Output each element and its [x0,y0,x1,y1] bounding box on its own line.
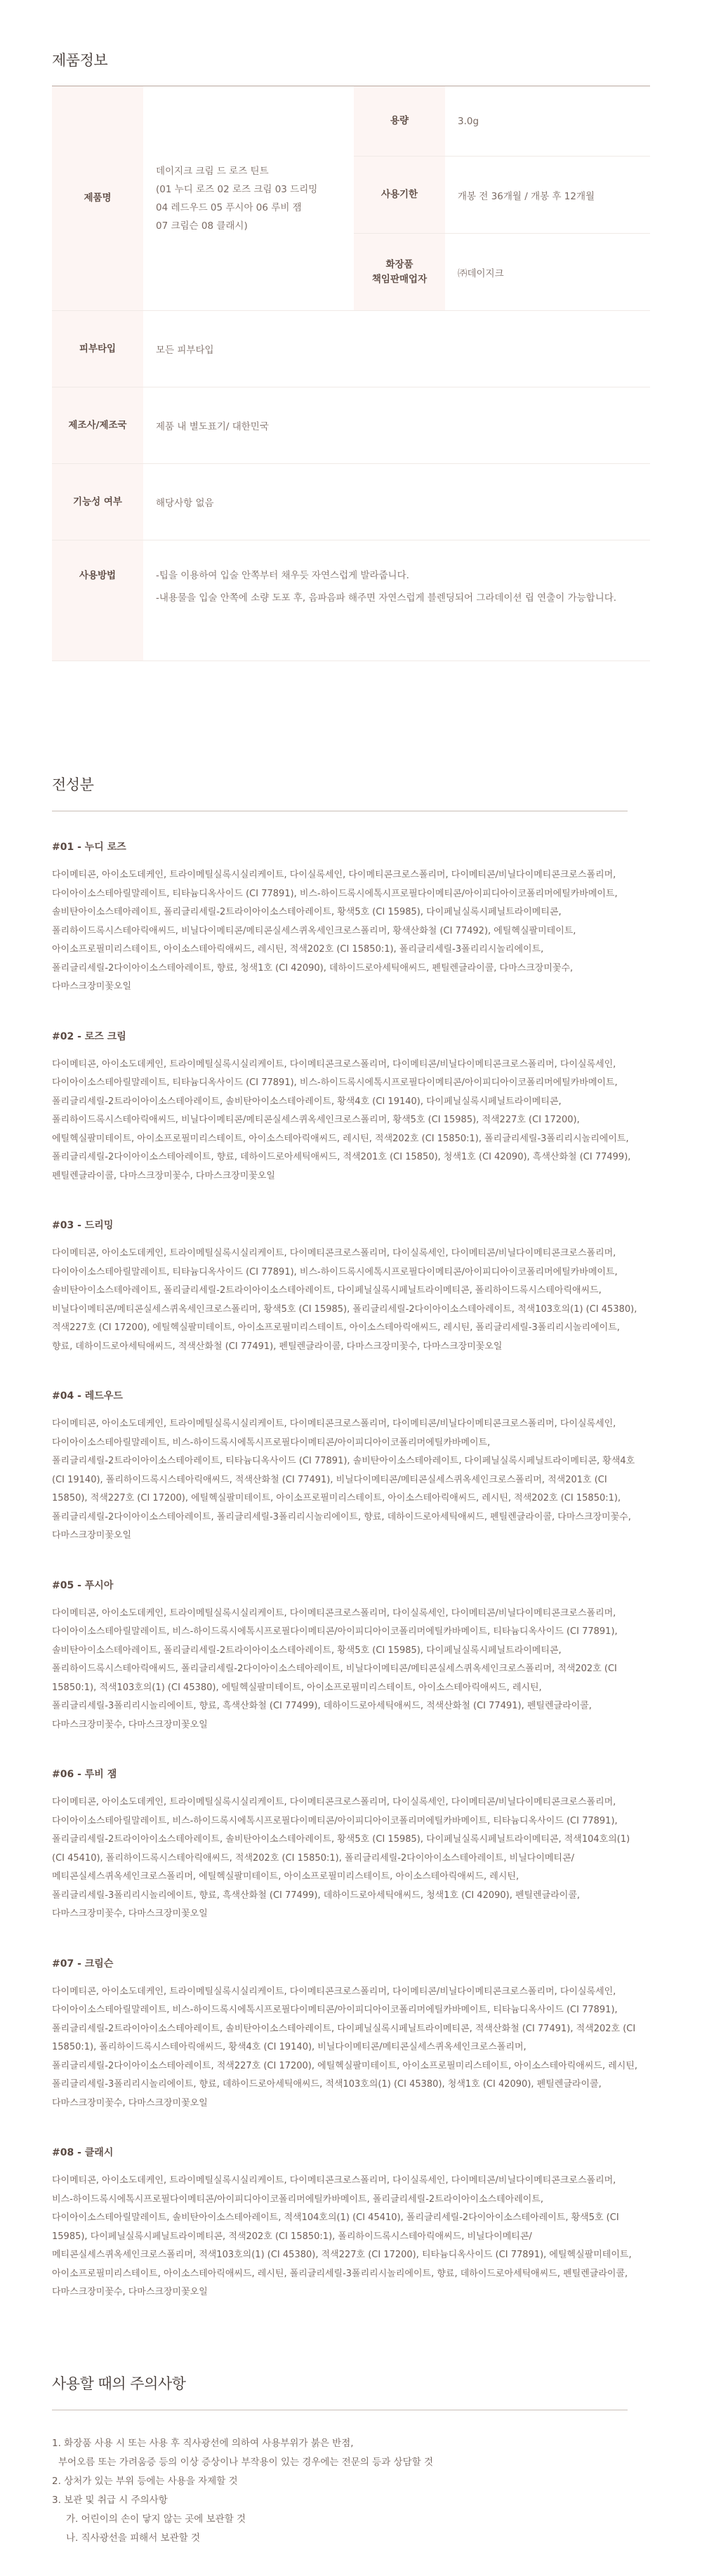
shade-ingredients: 다이메티콘, 아이소도데케인, 트라이메틸실록시실리케이트, 다이메티콘크로스폴… [52,1793,639,1924]
product-info-section: 제품정보 제품명 데이지크 크림 드 로즈 틴트 (01 누디 로즈 02 로즈… [0,0,702,661]
shade-ingredients: 다이메티콘, 아이소도데케인, 트라이메틸실록시실리케이트, 다이메티콘크로스폴… [52,1605,639,1735]
shade-title: #02 - 로즈 크림 [52,1029,639,1043]
product-info-table: 제품명 데이지크 크림 드 로즈 틴트 (01 누디 로즈 02 로즈 크림 0… [52,86,650,661]
caution-subitem: 가. 어린이의 손이 닿지 않는 곳에 보관할 것 [52,2510,639,2529]
usage-label: 사용방법 [52,540,143,661]
shade-title: #08 - 클래시 [52,2145,639,2159]
shade-list: #01 - 누디 로즈 다이메티콘, 아이소도데케인, 트라이메틸실록시실리케이… [52,839,639,2302]
caution-item: 2. 상처가 있는 부위 등에는 사용을 자제할 것 [52,2472,639,2491]
product-name-line: (01 누디 로즈 02 로즈 크림 03 드리밍 [156,180,341,199]
shade-ingredients: 다이메티콘, 아이소도데케인, 트라이메틸실록시실리케이트, 다이메티콘크로스폴… [52,1415,639,1546]
section-divider [52,2410,628,2410]
volume-label: 용량 [354,86,445,157]
usage-value: -팁을 이용하여 입술 안쪽부터 채우듯 자연스럽게 발라줍니다. -내용물을 … [143,540,650,661]
functional-value: 해당사항 없음 [143,464,650,540]
skin-type-value: 모든 피부타입 [143,311,650,387]
skin-type-label: 피부타입 [52,311,143,387]
shade-item: #07 - 크림슨 다이메티콘, 아이소도데케인, 트라이메틸실록시실리케이트,… [52,1956,639,2113]
ingredients-title: 전성분 [52,774,639,795]
shade-title: #06 - 루비 잼 [52,1767,639,1781]
caution-item: 1. 화장품 사용 시 또는 사용 후 직사광선에 의하여 사용부위가 붉은 반… [52,2434,639,2453]
seller-value: ㈜데이지크 [445,234,650,311]
section-divider [52,811,628,811]
product-name-value: 데이지크 크림 드 로즈 틴트 (01 누디 로즈 02 로즈 크림 03 드리… [143,86,354,311]
seller-label: 화장품 책임판매업자 [354,234,445,311]
manufacturer-label: 제조사/제조국 [52,387,143,464]
shade-ingredients: 다이메티콘, 아이소도데케인, 트라이메틸실록시실리케이트, 다이메티콘크로스폴… [52,1056,639,1186]
shade-item: #03 - 드리밍 다이메티콘, 아이소도데케인, 트라이메틸실록시실리케이트,… [52,1218,639,1356]
shade-title: #04 - 레드우드 [52,1388,639,1402]
shade-item: #08 - 클래시 다이메티콘, 아이소도데케인, 트라이메틸실록시실리케이트,… [52,2145,639,2302]
ingredients-section: 전성분 #01 - 누디 로즈 다이메티콘, 아이소도데케인, 트라이메틸실록시… [0,661,702,2302]
product-name-line: 데이지크 크림 드 로즈 틴트 [156,162,341,180]
shade-item: #01 - 누디 로즈 다이메티콘, 아이소도데케인, 트라이메틸실록시실리케이… [52,839,639,997]
product-info-title: 제품정보 [52,49,650,70]
volume-value: 3.0g [445,86,650,157]
shade-item: #02 - 로즈 크림 다이메티콘, 아이소도데케인, 트라이메틸실록시실리케이… [52,1029,639,1186]
seller-label-line: 책임판매업자 [355,272,444,287]
manufacturer-value: 제품 내 별도표기/ 대한민국 [143,387,650,464]
caution-list: 1. 화장품 사용 시 또는 사용 후 직사광선에 의하여 사용부위가 붉은 반… [52,2434,639,2548]
cautions-title: 사용할 때의 주의사항 [52,2372,639,2394]
usage-line: -팁을 이용하여 입술 안쪽부터 채우듯 자연스럽게 발라줍니다. [156,564,637,587]
expiry-value: 개봉 전 36개월 / 개봉 후 12개월 [445,157,650,234]
product-name-line: 07 크림슨 08 클래시) [156,217,341,235]
functional-label: 기능성 여부 [52,464,143,540]
product-name-label: 제품명 [52,86,143,311]
caution-item: 3. 보관 및 취급 시 주의사항 [52,2491,639,2510]
cautions-section: 사용할 때의 주의사항 1. 화장품 사용 시 또는 사용 후 직사광선에 의하… [0,2302,702,2548]
shade-ingredients: 다이메티콘, 아이소도데케인, 트라이메틸실록시실리케이트, 다이메티콘크로스폴… [52,2172,639,2302]
shade-ingredients: 다이메티콘, 아이소도데케인, 트라이메틸실록시실리케이트, 다이메티콘크로스폴… [52,1983,639,2113]
caution-item-continuation: 부어오름 또는 가려움증 등의 이상 증상이나 부작용이 있는 경우에는 전문의… [52,2453,639,2472]
caution-subitem: 나. 직사광선을 피해서 보관할 것 [52,2529,639,2548]
seller-label-line: 화장품 [355,258,444,272]
expiry-label: 사용기한 [354,157,445,234]
product-detail-page: 제품정보 제품명 데이지크 크림 드 로즈 틴트 (01 누디 로즈 02 로즈… [0,0,702,2576]
shade-ingredients: 다이메티콘, 아이소도데케인, 트라이메틸실록시실리케이트, 다이메티콘크로스폴… [52,1244,639,1356]
usage-line: -내용물을 입술 안쪽에 소량 도포 후, 음파음파 해주면 자연스럽게 블렌딩… [156,587,637,609]
shade-item: #05 - 푸시아 다이메티콘, 아이소도데케인, 트라이메틸실록시실리케이트,… [52,1578,639,1735]
shade-item: #06 - 루비 잼 다이메티콘, 아이소도데케인, 트라이메틸실록시실리케이트… [52,1767,639,1924]
product-name-line: 04 레드우드 05 푸시아 06 루비 잼 [156,199,341,217]
shade-title: #07 - 크림슨 [52,1956,639,1970]
shade-ingredients: 다이메티콘, 아이소도데케인, 트라이메틸실록시실리케이트, 다이실록세인, 다… [52,866,639,997]
shade-title: #03 - 드리밍 [52,1218,639,1232]
shade-title: #01 - 누디 로즈 [52,839,639,854]
shade-title: #05 - 푸시아 [52,1578,639,1592]
shade-item: #04 - 레드우드 다이메티콘, 아이소도데케인, 트라이메틸실록시실리케이트… [52,1388,639,1546]
